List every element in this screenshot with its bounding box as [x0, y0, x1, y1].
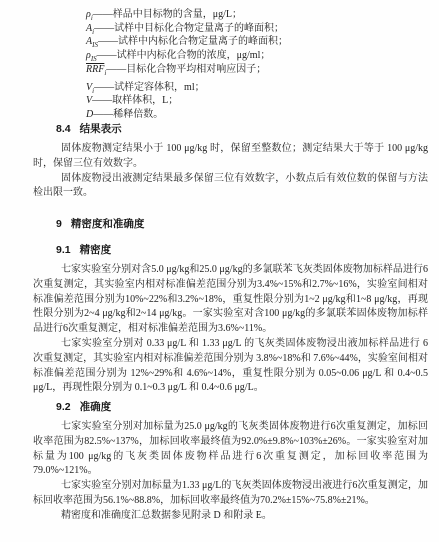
section-title: 结果表示	[80, 123, 122, 135]
symbol-rho-i: ρi	[86, 9, 93, 20]
definition-text: ——稀释倍数。	[93, 109, 163, 120]
paragraph-precision-leachate: 七家实验室分别对 0.33 μg/L 和 1.33 μg/L 的飞灰类固体废物浸…	[33, 337, 428, 396]
section-8-4: 8.4结果表示 固体废物测定结果小于 100 μg/kg 时，保留至整数位；测定…	[33, 123, 428, 201]
symbol-v-i: Vi	[86, 82, 94, 93]
definition-text: ——样品中目标物的含量，μg/L；	[93, 9, 242, 20]
symbol-definitions-list: ρi——样品中目标物的含量，μg/L； Ai——试样中目标化合物定量离子的峰面积…	[86, 8, 431, 122]
definition-item-v: V——取样体积，L；	[86, 94, 431, 108]
definition-text: ——试样中目标化合物定量离子的峰面积；	[94, 23, 284, 34]
paragraph-precision-solid: 七家实验室分别对含5.0 μg/kg和25.0 μg/kg的多氯联苯飞灰类固体废…	[33, 263, 428, 337]
document-page: ρi——样品中目标物的含量，μg/L； Ai——试样中目标化合物定量离子的峰面积…	[0, 0, 439, 542]
section-title: 准确度	[80, 401, 112, 413]
paragraph-result-expression-leachate: 固体废物浸出液测定结果最多保留三位有效数字，小数点后有效位数的保留与方法检出限一…	[33, 172, 428, 202]
paragraph-appendix-reference: 精密度和准确度汇总数据参见附录 D 和附录 E。	[33, 509, 428, 524]
definition-item-rho-is: ρIS——试样中内标化合物的浓度，μg/ml；	[86, 49, 431, 63]
definition-text: ——试样中内标化合物定量离子的峰面积；	[98, 36, 288, 47]
section-9-2: 9.2准确度 七家实验室分别对加标量为25.0 μg/kg的飞灰类固体废物进行6…	[33, 401, 428, 524]
section-9: 9精密度和准确度	[33, 218, 428, 231]
definition-item-d: D——稀释倍数。	[86, 108, 431, 122]
paragraph-accuracy-solid: 七家实验室分别对加标量为25.0 μg/kg的飞灰类固体废物进行6次重复测定，加…	[33, 420, 428, 479]
section-number: 9.2	[56, 401, 71, 413]
symbol-a-is: AIS	[86, 36, 98, 47]
section-9-1: 9.1精密度 七家实验室分别对含5.0 μg/kg和25.0 μg/kg的多氯联…	[33, 244, 428, 396]
section-heading-8-4: 8.4结果表示	[56, 123, 428, 136]
paragraph-accuracy-leachate: 七家实验室分别对加标量为1.33 μg/L的飞灰类固体废物浸出液进行6次重复测定…	[33, 479, 428, 509]
section-number: 9.1	[56, 244, 71, 256]
definition-text: ——目标化合物平均相对响应因子；	[106, 64, 266, 75]
symbol-rrf-mean-i: RRF	[86, 64, 104, 75]
definition-text: ——取样体积，L；	[92, 95, 178, 106]
section-title: 精密度和准确度	[71, 218, 145, 230]
definition-text: ——试样中内标化合物的浓度，μg/ml；	[97, 50, 271, 61]
definition-item-rrf-i: RRFi——目标化合物平均相对响应因子；	[86, 63, 431, 81]
definition-item-a-is: AIS——试样中内标化合物定量离子的峰面积；	[86, 35, 431, 49]
definition-item-v-i: Vi——试样定容体积，ml；	[86, 81, 431, 95]
section-title: 精密度	[80, 244, 112, 256]
section-number: 8.4	[56, 123, 71, 135]
symbol-rho-is: ρIS	[86, 50, 97, 61]
definition-text: ——试样定容体积，ml；	[94, 82, 205, 93]
symbol-a-i: Ai	[86, 23, 94, 34]
section-heading-9-2: 9.2准确度	[56, 401, 428, 414]
section-number: 9	[56, 218, 62, 230]
paragraph-result-expression-solid: 固体废物测定结果小于 100 μg/kg 时，保留至整数位；测定结果大于等于 1…	[33, 142, 428, 172]
section-heading-9: 9精密度和准确度	[56, 218, 428, 231]
definition-item-rho-i: ρi——样品中目标物的含量，μg/L；	[86, 8, 431, 22]
section-heading-9-1: 9.1精密度	[56, 244, 428, 257]
definition-item-a-i: Ai——试样中目标化合物定量离子的峰面积；	[86, 22, 431, 36]
